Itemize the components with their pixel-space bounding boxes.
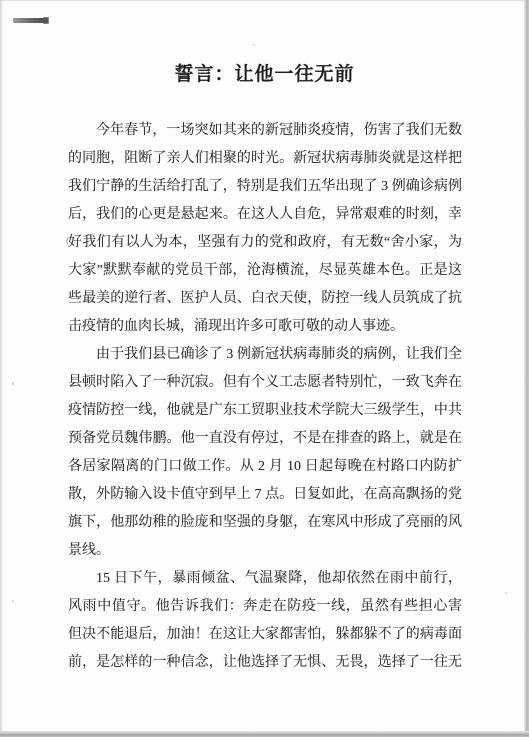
scan-speckle	[505, 592, 507, 594]
scan-edge-right	[524, 0, 529, 737]
document-title: 誓言：让他一往无前	[0, 59, 529, 86]
paragraph: 15 日下午，暴雨倾盆、气温聚降，他却依然在雨中前行，风雨中值守。他告诉我们：奔…	[68, 565, 462, 677]
text-line: 散，外防输入设卡值守到早上 7 点。日复如此，在高高飘扬的党	[68, 481, 462, 509]
text-line: 风雨中值守。他告诉我们：奔走在防疫一线，虽然有些担心害怕，	[68, 593, 462, 621]
text-line: 大家”默默奉献的党员干部，沧海横流，尽显英雄本色。正是这	[68, 257, 462, 285]
text-line: 县顿时陷入了一种沉寂。但有个义工志愿者特别忙，一致飞奔在	[68, 369, 462, 397]
document-body: 今年春节，一场突如其来的新冠肺炎疫情，伤害了我们无数的同胞，阻断了亲人们相聚的时…	[68, 117, 462, 677]
text-line: 各居家隔离的门口做工作。从 2 月 10 日起每晚在村路口内防扩	[68, 453, 462, 481]
text-line: 景线。	[68, 537, 462, 565]
text-line: 后，我们的心更是悬起来。在这人人自危，异常艰难的时刻，幸	[68, 201, 462, 229]
text-line: 15 日下午，暴雨倾盆、气温聚降，他却依然在雨中前行，	[68, 565, 462, 593]
scanned-document-page: 誓言：让他一往无前 今年春节，一场突如其来的新冠肺炎疫情，伤害了我们无数的同胞，…	[0, 0, 529, 737]
text-line: 的同胞，阻断了亲人们相聚的时光。新冠状病毒肺炎就是这样把	[68, 145, 462, 173]
pen-stroke-mark	[13, 18, 48, 23]
scan-edge-left	[0, 0, 3, 737]
text-line: 今年春节，一场突如其来的新冠肺炎疫情，伤害了我们无数	[68, 117, 462, 145]
text-line: 但决不能退后，加油！在这让大家都害怕，躲都躲不了的病毒面	[68, 621, 462, 649]
scan-speckle	[12, 382, 14, 385]
text-line: 些最美的逆行者、医护人员、白衣天使，防控一线人员筑成了抗	[68, 285, 462, 313]
scan-edge-bottom	[0, 731, 529, 737]
text-line: 由于我们县已确诊了 3 例新冠状病毒肺炎的病例，让我们全	[68, 341, 462, 369]
paragraph: 由于我们县已确诊了 3 例新冠状病毒肺炎的病例，让我们全县顿时陷入了一种沉寂。但…	[68, 341, 462, 565]
scan-edge-top	[0, 0, 529, 2]
scan-speckle	[12, 600, 14, 602]
text-line: 前，是怎样的一种信念，让他选择了无惧、无畏，选择了一往无	[68, 649, 462, 677]
scan-speckle	[253, 44, 255, 46]
text-line: 疫情防控一线，他就是广东工贸职业技术学院大三级学生，中共	[68, 397, 462, 425]
text-line: 好我们有以人为本，坚强有力的党和政府，有无数“舍小家，为	[68, 229, 462, 257]
text-line: 预备党员魏伟鹏。他一直没有停过，不是在排查的路上，就是在	[68, 425, 462, 453]
text-line: 击疫情的血肉长城，涌现出许多可歌可敬的动人事迹。	[68, 313, 462, 341]
text-line: 我们宁静的生活给打乱了，特别是我们五华出现了 3 例确诊病例	[68, 173, 462, 201]
text-line: 旗下，他那幼稚的脸庞和坚强的身躯，在寒风中形成了亮丽的风	[68, 509, 462, 537]
paragraph: 今年春节，一场突如其来的新冠肺炎疫情，伤害了我们无数的同胞，阻断了亲人们相聚的时…	[68, 117, 462, 341]
